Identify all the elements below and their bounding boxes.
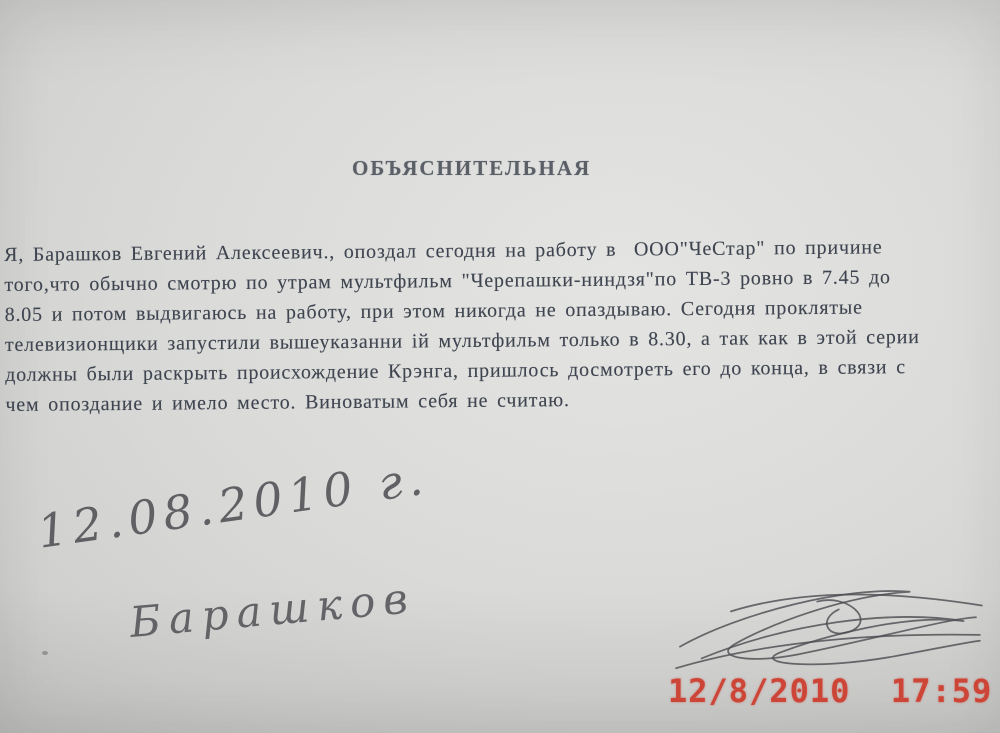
camera-timestamp: 12/8/2010 17:59 xyxy=(668,672,992,710)
handwritten-surname: Барашков xyxy=(128,573,418,647)
handwritten-date: 12.08.2010 г. xyxy=(34,450,432,558)
pencil-mark xyxy=(42,651,48,655)
document-title: ОБЪЯСНИТЕЛЬНАЯ xyxy=(352,156,591,181)
signature-icon xyxy=(668,580,986,678)
document-photo: ОБЪЯСНИТЕЛЬНАЯ Я, Барашков Евгений Алекс… xyxy=(0,0,1000,733)
document-body: Я, Барашков Евгений Алексеевич., опоздал… xyxy=(4,232,956,420)
signature-scribble xyxy=(668,580,986,678)
